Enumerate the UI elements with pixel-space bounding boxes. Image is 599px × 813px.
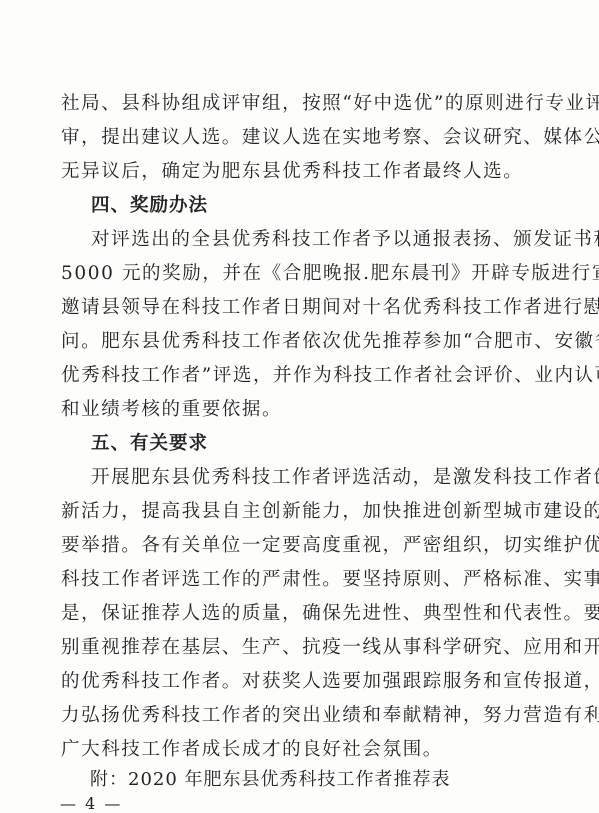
paragraph-line: 新活力，提高我县自主创新能力，加快推进创新型城市建设的重 xyxy=(61,501,541,523)
paragraph-line: 科技工作者评选工作的严肃性。要坚持原则、严格标准、实事求 xyxy=(61,569,541,591)
paragraph-line: 别重视推荐在基层、生产、抗疫一线从事科学研究、应用和开发 xyxy=(61,637,541,659)
paragraph-line: 开展肥东县优秀科技工作者评选活动，是激发科技工作者创 xyxy=(91,467,541,489)
paragraph-line: 5000 元的奖励，并在《合肥晚报.肥东晨刊》开辟专版进行宣传， xyxy=(61,263,541,285)
attachment-note: 附：2020 年肥东县优秀科技工作者推荐表 xyxy=(90,769,570,791)
section-heading-rewards: 四、奖励办法 xyxy=(91,195,541,217)
paragraph-line: 无异议后，确定为肥东县优秀科技工作者最终人选。 xyxy=(61,161,541,183)
paragraph-line: 邀请县领导在科技工作者日期间对十名优秀科技工作者进行慰 xyxy=(61,297,541,319)
paragraph-line: 对评选出的全县优秀科技工作者予以通报表扬、颁发证书和 xyxy=(91,229,541,251)
paragraph-line: 优秀科技工作者”评选，并作为科技工作者社会评价、业内认可 xyxy=(61,365,541,387)
paragraph-line: 的优秀科技工作者。对获奖人选要加强跟踪服务和宣传报道，大 xyxy=(61,671,541,693)
paragraph-line: 要举措。各有关单位一定要高度重视，严密组织，切实维护优秀 xyxy=(61,535,541,557)
paragraph-line: 和业绩考核的重要依据。 xyxy=(61,399,541,421)
document-page: 社局、县科协组成评审组，按照“好中选优”的原则进行专业评 审，提出建议人选。建议… xyxy=(0,0,599,813)
paragraph-line: 是，保证推荐人选的质量，确保先进性、典型性和代表性。要特 xyxy=(61,603,541,625)
page-number: — 4 — xyxy=(60,793,540,813)
paragraph-line: 社局、县科协组成评审组，按照“好中选优”的原则进行专业评 xyxy=(61,93,541,115)
paragraph-line: 广大科技工作者成长成才的良好社会氛围。 xyxy=(61,739,541,761)
paragraph-line: 力弘扬优秀科技工作者的突出业绩和奉献精神，努力营造有利于 xyxy=(61,705,541,727)
section-heading-requirements: 五、有关要求 xyxy=(91,433,541,455)
paragraph-line: 问。肥东县优秀科技工作者依次优先推荐参加“合肥市、安徽省 xyxy=(61,331,541,353)
paragraph-line: 审，提出建议人选。建议人选在实地考察、会议研究、媒体公示 xyxy=(61,127,541,149)
